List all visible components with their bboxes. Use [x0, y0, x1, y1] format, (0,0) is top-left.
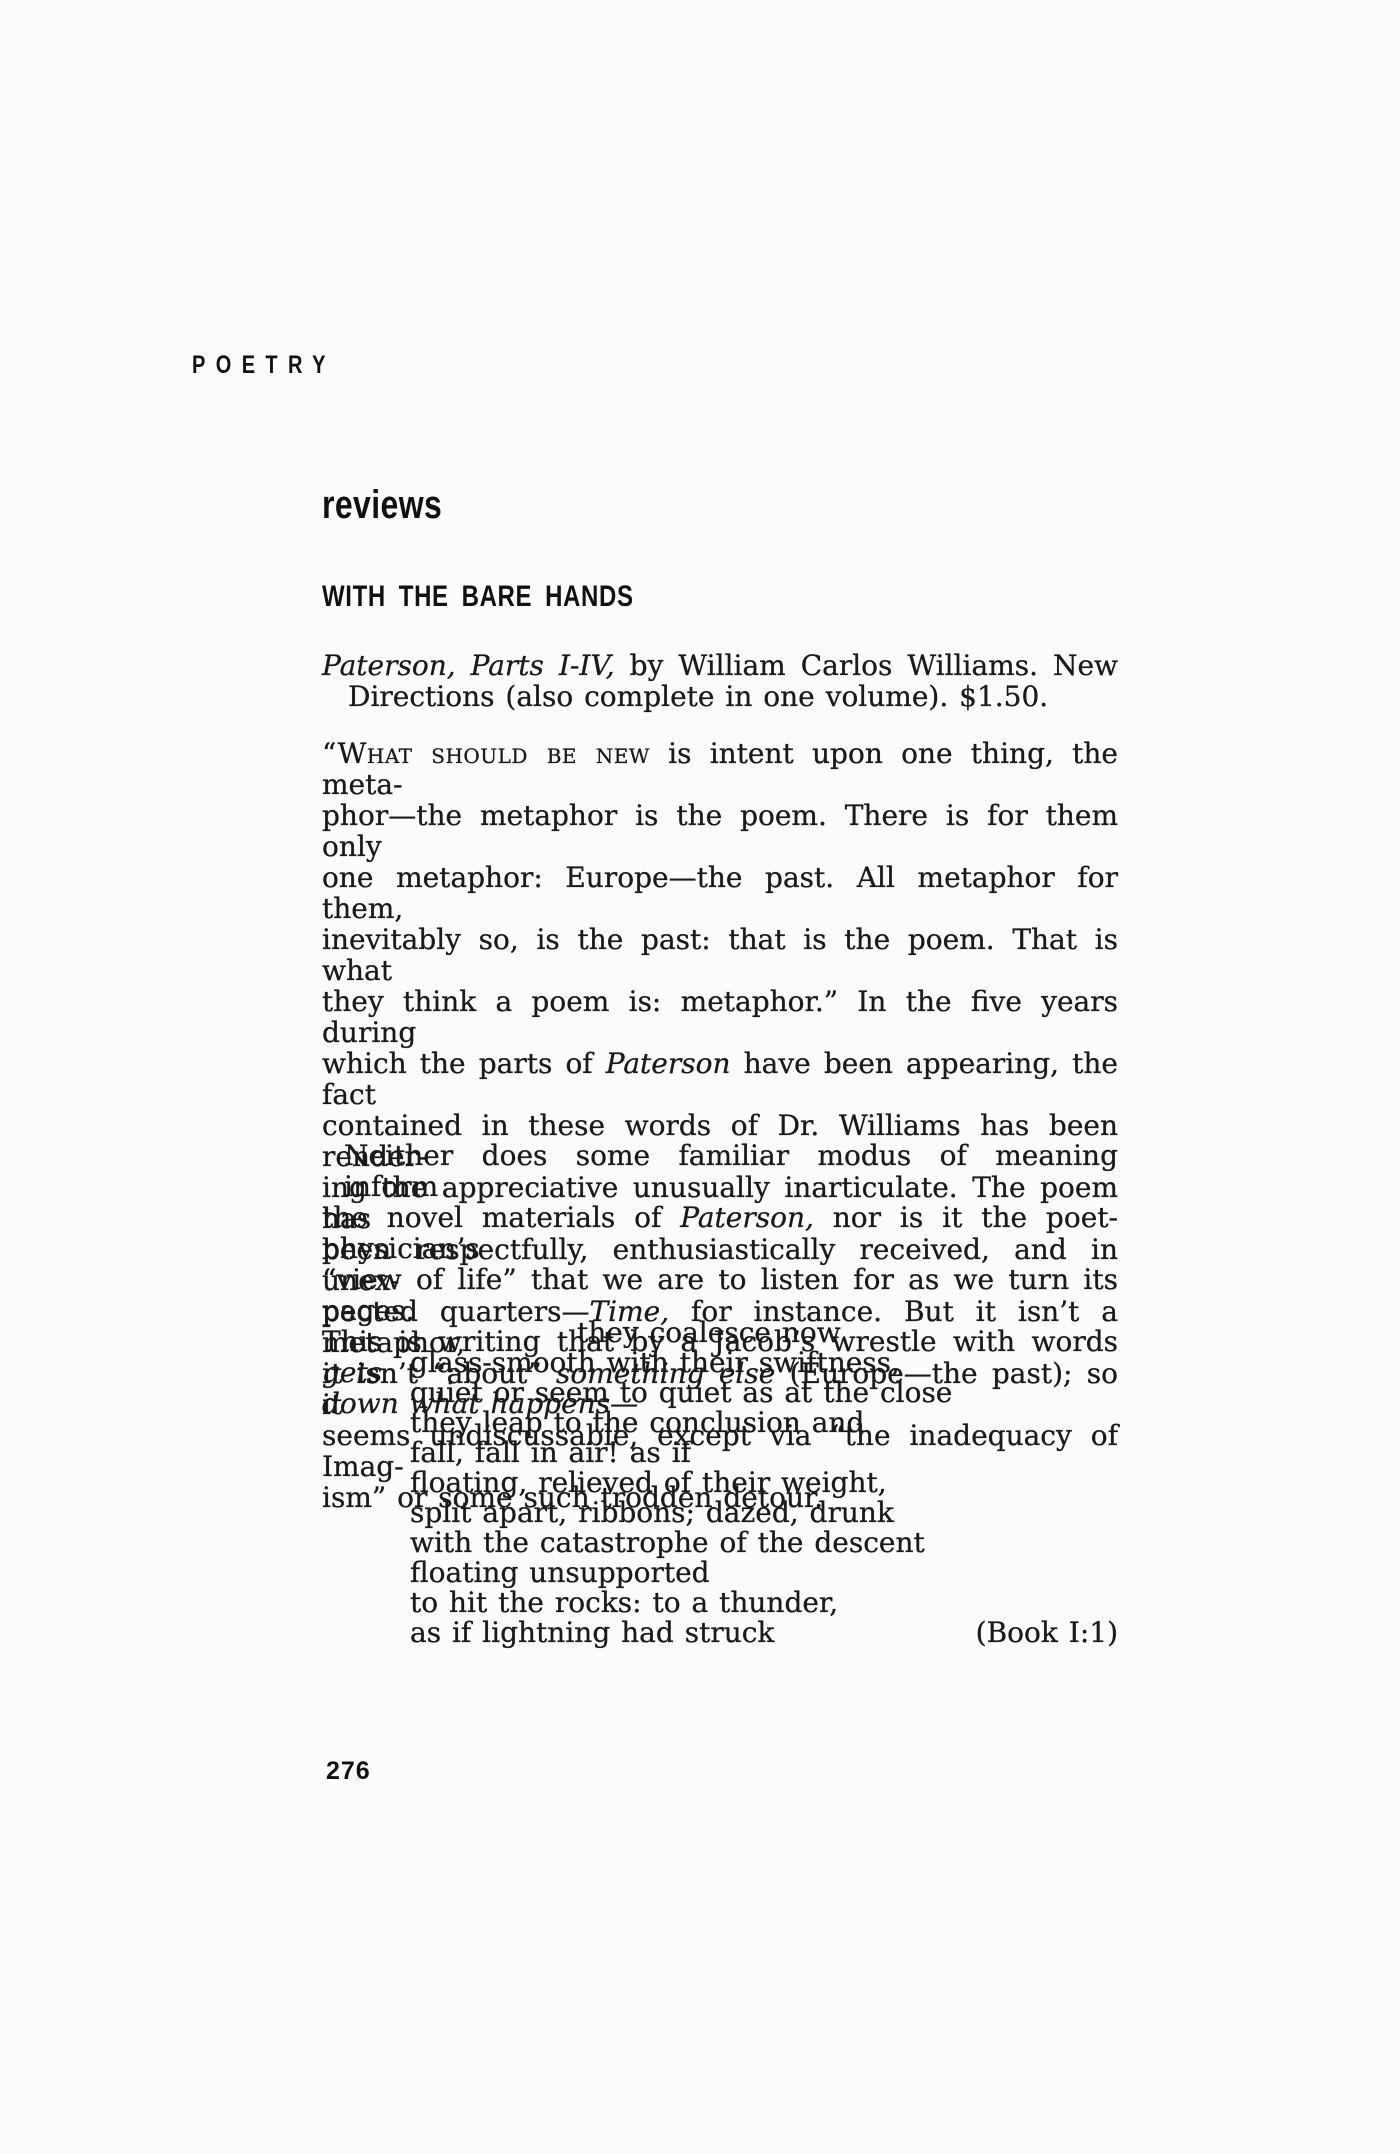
text-segment: by William Carlos Williams. New	[615, 649, 1118, 682]
text-segment: phor—the metaphor is the poem. There is …	[322, 799, 1118, 863]
text-line: they think a poem is: metaphor.” In the …	[322, 986, 1118, 1048]
text-segment: “What should be new	[322, 737, 650, 770]
text-segment: they think a poem is: metaphor.” In the …	[322, 985, 1118, 1049]
scanned-page: POETRY reviews WITH THE BARE HANDS Pater…	[0, 0, 1400, 2154]
poem-quotation: they coalesce nowglass-smooth with their…	[322, 1318, 1118, 1648]
text-segment: Paterson	[606, 1047, 731, 1080]
text-line: split apart, ribbons; dazed, drunk	[410, 1498, 1118, 1528]
text-line: glass-smooth with their swiftness,	[410, 1348, 1118, 1378]
text-segment: Paterson, Parts I-IV,	[322, 649, 615, 682]
text-line: inevitably so, is the past: that is the …	[322, 924, 1118, 986]
text-segment: glass-smooth with their swiftness,	[410, 1346, 900, 1379]
text-segment: Directions (also complete in one volume)…	[348, 680, 1048, 713]
text-line: they leap to the conclusion and	[410, 1408, 1118, 1438]
text-segment: as if lightning had struck	[410, 1618, 774, 1648]
text-line: floating, relieved of their weight,	[410, 1468, 1118, 1498]
text-line: with the catastrophe of the descent	[410, 1528, 1118, 1558]
text-line: they coalesce now	[410, 1318, 1118, 1348]
text-line: fall, fall in air! as if	[410, 1438, 1118, 1468]
text-segment: to hit the rocks: to a thunder,	[410, 1586, 838, 1619]
book-citation: Paterson, Parts I-IV, by William Carlos …	[322, 650, 1118, 712]
text-segment: the novel materials of	[322, 1201, 680, 1234]
text-line: one metaphor: Europe—the past. All metap…	[322, 862, 1118, 924]
text-line: to hit the rocks: to a thunder,	[410, 1588, 1118, 1618]
text-segment: with the catastrophe of the descent	[410, 1526, 925, 1559]
text-line: which the parts of Paterson have been ap…	[322, 1048, 1118, 1110]
text-segment: quiet or seem to quiet as at the close	[410, 1376, 952, 1409]
text-line: Neither does some familiar modus of mean…	[322, 1140, 1118, 1202]
text-line: quiet or seem to quiet as at the close	[410, 1378, 1118, 1408]
section-heading: reviews	[322, 483, 472, 528]
text-line: Paterson, Parts I-IV, by William Carlos …	[322, 650, 1118, 681]
text-line: the novel materials of Paterson, nor is …	[322, 1202, 1118, 1264]
text-segment: fall, fall in air! as if	[410, 1436, 691, 1469]
text-segment: floating, relieved of their weight,	[410, 1466, 887, 1499]
magazine-header: POETRY	[192, 351, 372, 380]
text-line: “What should be new is intent upon one t…	[322, 738, 1118, 800]
text-segment: Paterson,	[680, 1201, 814, 1234]
text-line: floating unsupported	[410, 1558, 1118, 1588]
poem-attribution: (Book I:1)	[976, 1618, 1118, 1648]
text-line: phor—the metaphor is the poem. There is …	[322, 800, 1118, 862]
article-title-text: WITH THE BARE HANDS	[322, 580, 634, 614]
article-title: WITH THE BARE HANDS	[322, 580, 712, 614]
text-segment: one metaphor: Europe—the past. All metap…	[322, 861, 1118, 925]
text-segment: Neither does some familiar modus of mean…	[344, 1139, 1118, 1203]
magazine-header-text: POETRY	[192, 351, 336, 380]
text-segment: they coalesce now	[577, 1316, 841, 1349]
page-number: 276	[326, 1757, 371, 1786]
text-segment: which the parts of	[322, 1047, 606, 1080]
text-segment: they leap to the conclusion and	[410, 1406, 864, 1439]
text-line: Directions (also complete in one volume)…	[322, 681, 1118, 712]
section-heading-text: reviews	[322, 483, 442, 528]
text-segment: floating unsupported	[410, 1556, 710, 1589]
text-line: as if lightning had struck(Book I:1)	[410, 1618, 1118, 1648]
text-segment: split apart, ribbons; dazed, drunk	[410, 1496, 894, 1529]
text-segment: inevitably so, is the past: that is the …	[322, 923, 1118, 987]
